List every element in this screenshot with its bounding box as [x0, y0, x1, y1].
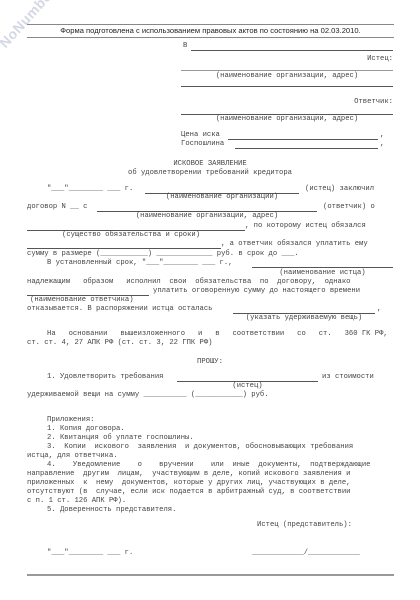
- plaintiff-field[interactable]: [181, 70, 393, 71]
- comma: ,: [380, 140, 384, 149]
- l9: отказывается. В распоряжении истца остал…: [27, 305, 212, 314]
- l8-tail: уплатить оговоренную сумму до настоящего…: [153, 287, 360, 296]
- l1-hint: (наименование организации): [145, 193, 299, 202]
- bottom-divider: [27, 574, 394, 576]
- l1-tail: (истец) заключил: [305, 185, 374, 194]
- form-notice-bar: Форма подготовлена с использованием прав…: [27, 24, 394, 38]
- request-item-1-line2: удерживаемой вещи на сумму __________ (_…: [27, 391, 269, 400]
- document-subtitle: об удовлетворении требований кредитора: [0, 169, 420, 178]
- attachment-item: 2. Квитанция об уплате госпошлины.: [47, 434, 194, 443]
- deadline-line: В установленный срок, "___"________ ___ …: [47, 259, 232, 268]
- signature-line[interactable]: ____________/____________: [252, 549, 360, 558]
- form-notice: Форма подготовлена с использованием прав…: [27, 25, 394, 36]
- l9-hint: (указать удерживаемую вещь): [233, 314, 375, 323]
- state-fee-label: Госпошлина: [181, 140, 224, 149]
- request-item-1: 1. Удовлетворить требования: [47, 373, 163, 382]
- l2-tail: (ответчик) о: [323, 203, 375, 212]
- request-item-1-hint: (истец): [177, 382, 318, 391]
- attachments-heading: Приложения:: [47, 416, 94, 425]
- attachment-item: направление другим лицам, участвующим в …: [27, 470, 351, 479]
- l8-hint: (наименование ответчика): [30, 296, 134, 305]
- attachment-item: истца, для ответчика.: [27, 452, 118, 461]
- plaintiff-hint: (наименование организации, адрес): [181, 72, 393, 81]
- state-fee-field[interactable]: [235, 148, 378, 149]
- l6-hint: (наименование истца): [252, 269, 393, 278]
- signature-label: Истец (представитель):: [257, 521, 352, 530]
- attachment-item: отсутствуют (в случае, если иск подается…: [27, 488, 351, 497]
- contract-number: договор N __ с: [27, 203, 87, 212]
- defendant-label: Ответчик:: [300, 98, 393, 107]
- attachment-item: с п. 1 ст. 126 АПК РФ).: [27, 497, 126, 506]
- basis-line-1: На основании вышеизложенного и в соответ…: [47, 330, 388, 339]
- claim-price-label: Цена иска: [181, 131, 220, 140]
- comma: ,: [380, 131, 384, 140]
- attachment-item: 3. Копии искового заявления и документов…: [47, 443, 353, 452]
- basis-line-2: ст. ст. 4, 27 АПК РФ (ст. ст. 3, 22 ГПК …: [27, 339, 212, 348]
- request-item-1-tail: из стоимости: [322, 373, 374, 382]
- obligation-field-2[interactable]: [27, 248, 221, 249]
- amount-line: сумму в размере (___________) __________…: [27, 250, 299, 259]
- claim-price-field[interactable]: [228, 139, 378, 140]
- attachment-item: 5. Доверенность представителя.: [47, 506, 176, 515]
- contract-date: "___"________ ___ г.: [47, 185, 133, 194]
- document-title: ИСКОВОЕ ЗАЯВЛЕНИЕ: [0, 160, 420, 169]
- plaintiff-label: Истец:: [300, 55, 393, 64]
- l3-tail: , по которому истец обязался: [245, 222, 366, 231]
- plaintiff-address-field[interactable]: [181, 86, 393, 87]
- signature-date: "___"________ ___ г.: [47, 549, 133, 558]
- plaintiff-name-field-2[interactable]: [252, 267, 393, 268]
- to-prefix: В: [183, 42, 187, 51]
- attachment-item: 1. Копия договора.: [47, 425, 125, 434]
- court-name-field[interactable]: [191, 50, 393, 51]
- attachment-item: 4. Уведомление о вручении или иные докум…: [47, 461, 371, 470]
- request-heading: ПРОШУ:: [0, 358, 420, 367]
- attachment-item: приложенных к нему документов, которые у…: [27, 479, 351, 488]
- l7: надлежащим образом исполнил свои обязате…: [27, 278, 351, 287]
- l2-hint: (наименование организации, адрес): [97, 212, 317, 221]
- l3-hint: (существо обязательства и сроки): [62, 231, 200, 240]
- l4-tail: , а ответчик обязался уплатить ему: [221, 240, 368, 249]
- comma: ,: [377, 305, 381, 314]
- defendant-hint: (наименование организации, адрес): [181, 115, 393, 124]
